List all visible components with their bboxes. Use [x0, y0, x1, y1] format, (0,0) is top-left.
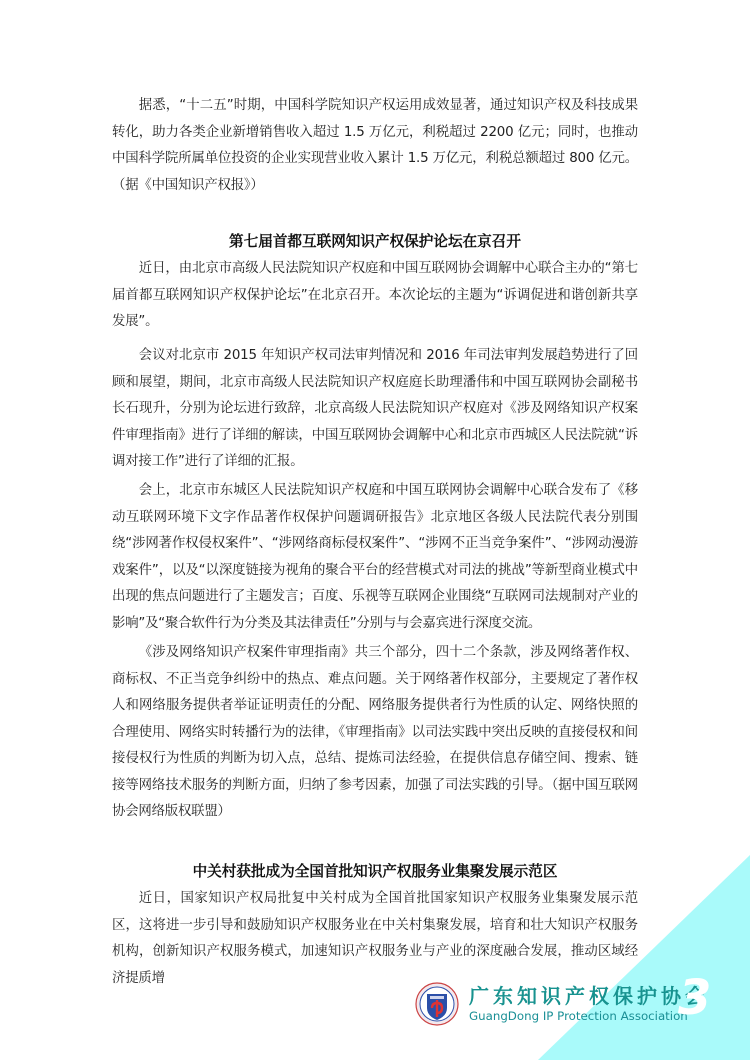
org-name-block: 广东知识产权保护协会 GuangDong IP Protection Assoc…	[469, 984, 709, 1024]
article1-paragraph-4: 《涉及网络知识产权案件审理指南》共三个部分，四十二个条款，涉及网络著作权、商标权…	[112, 640, 638, 826]
footer-branding: 广东知识产权保护协会 GuangDong IP Protection Assoc…	[415, 982, 709, 1026]
article1-paragraph-1: 近日，由北京市高级人民法院知识产权庭和中国互联网协会调解中心联合主办的“第七届首…	[112, 256, 638, 336]
page-number: 3	[678, 970, 711, 1026]
article2-title: 中关村获批成为全国首批知识产权服务业集聚发展示范区	[112, 860, 638, 881]
article1-paragraph-3: 会上，北京市东城区人民法院知识产权庭和中国互联网协会调解中心联合发布了《移动互联…	[112, 478, 638, 637]
org-name-cn: 广东知识产权保护协会	[469, 984, 709, 1008]
article1-title: 第七届首都互联网知识产权保护论坛在京召开	[112, 230, 638, 251]
association-emblem-icon	[415, 982, 459, 1026]
intro-paragraph: 据悉，“十二五”时期，中国科学院知识产权运用成效显著，通过知识产权及科技成果转化…	[112, 93, 638, 199]
org-name-en: GuangDong IP Protection Association	[469, 1008, 709, 1024]
article1-paragraph-2: 会议对北京市 2015 年知识产权司法审判情况和 2016 年司法审判发展趋势进…	[112, 343, 638, 476]
article2-paragraph-1: 近日，国家知识产权局批复中关村成为全国首批国家知识产权服务业集聚发展示范区，这将…	[112, 886, 638, 992]
